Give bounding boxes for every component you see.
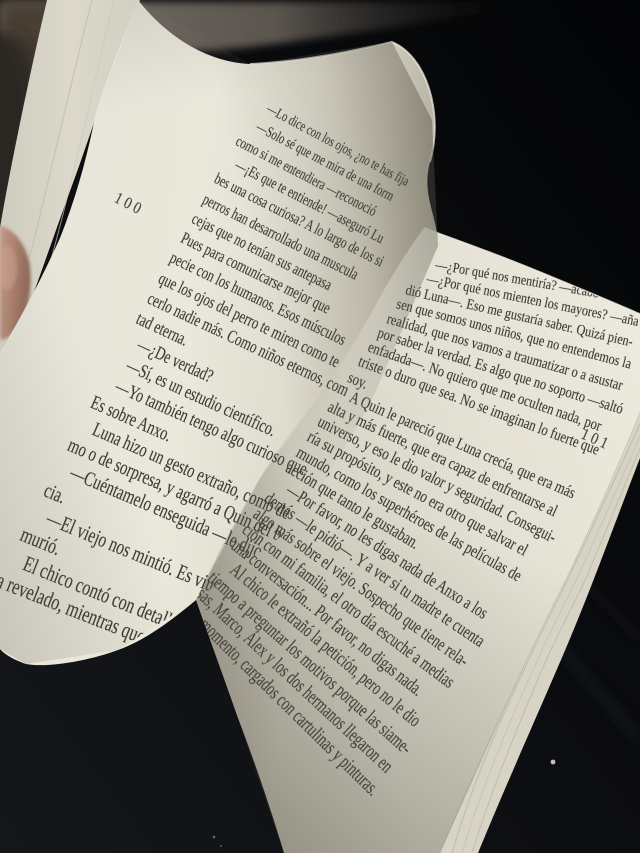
dust-speck xyxy=(220,845,222,847)
book-photo-scene: —Lo dice con los ojos, ¿no te has fija —… xyxy=(0,0,640,853)
book-photo-shapes xyxy=(0,0,640,853)
dust-speck xyxy=(213,836,216,839)
dust-speck xyxy=(551,760,556,765)
